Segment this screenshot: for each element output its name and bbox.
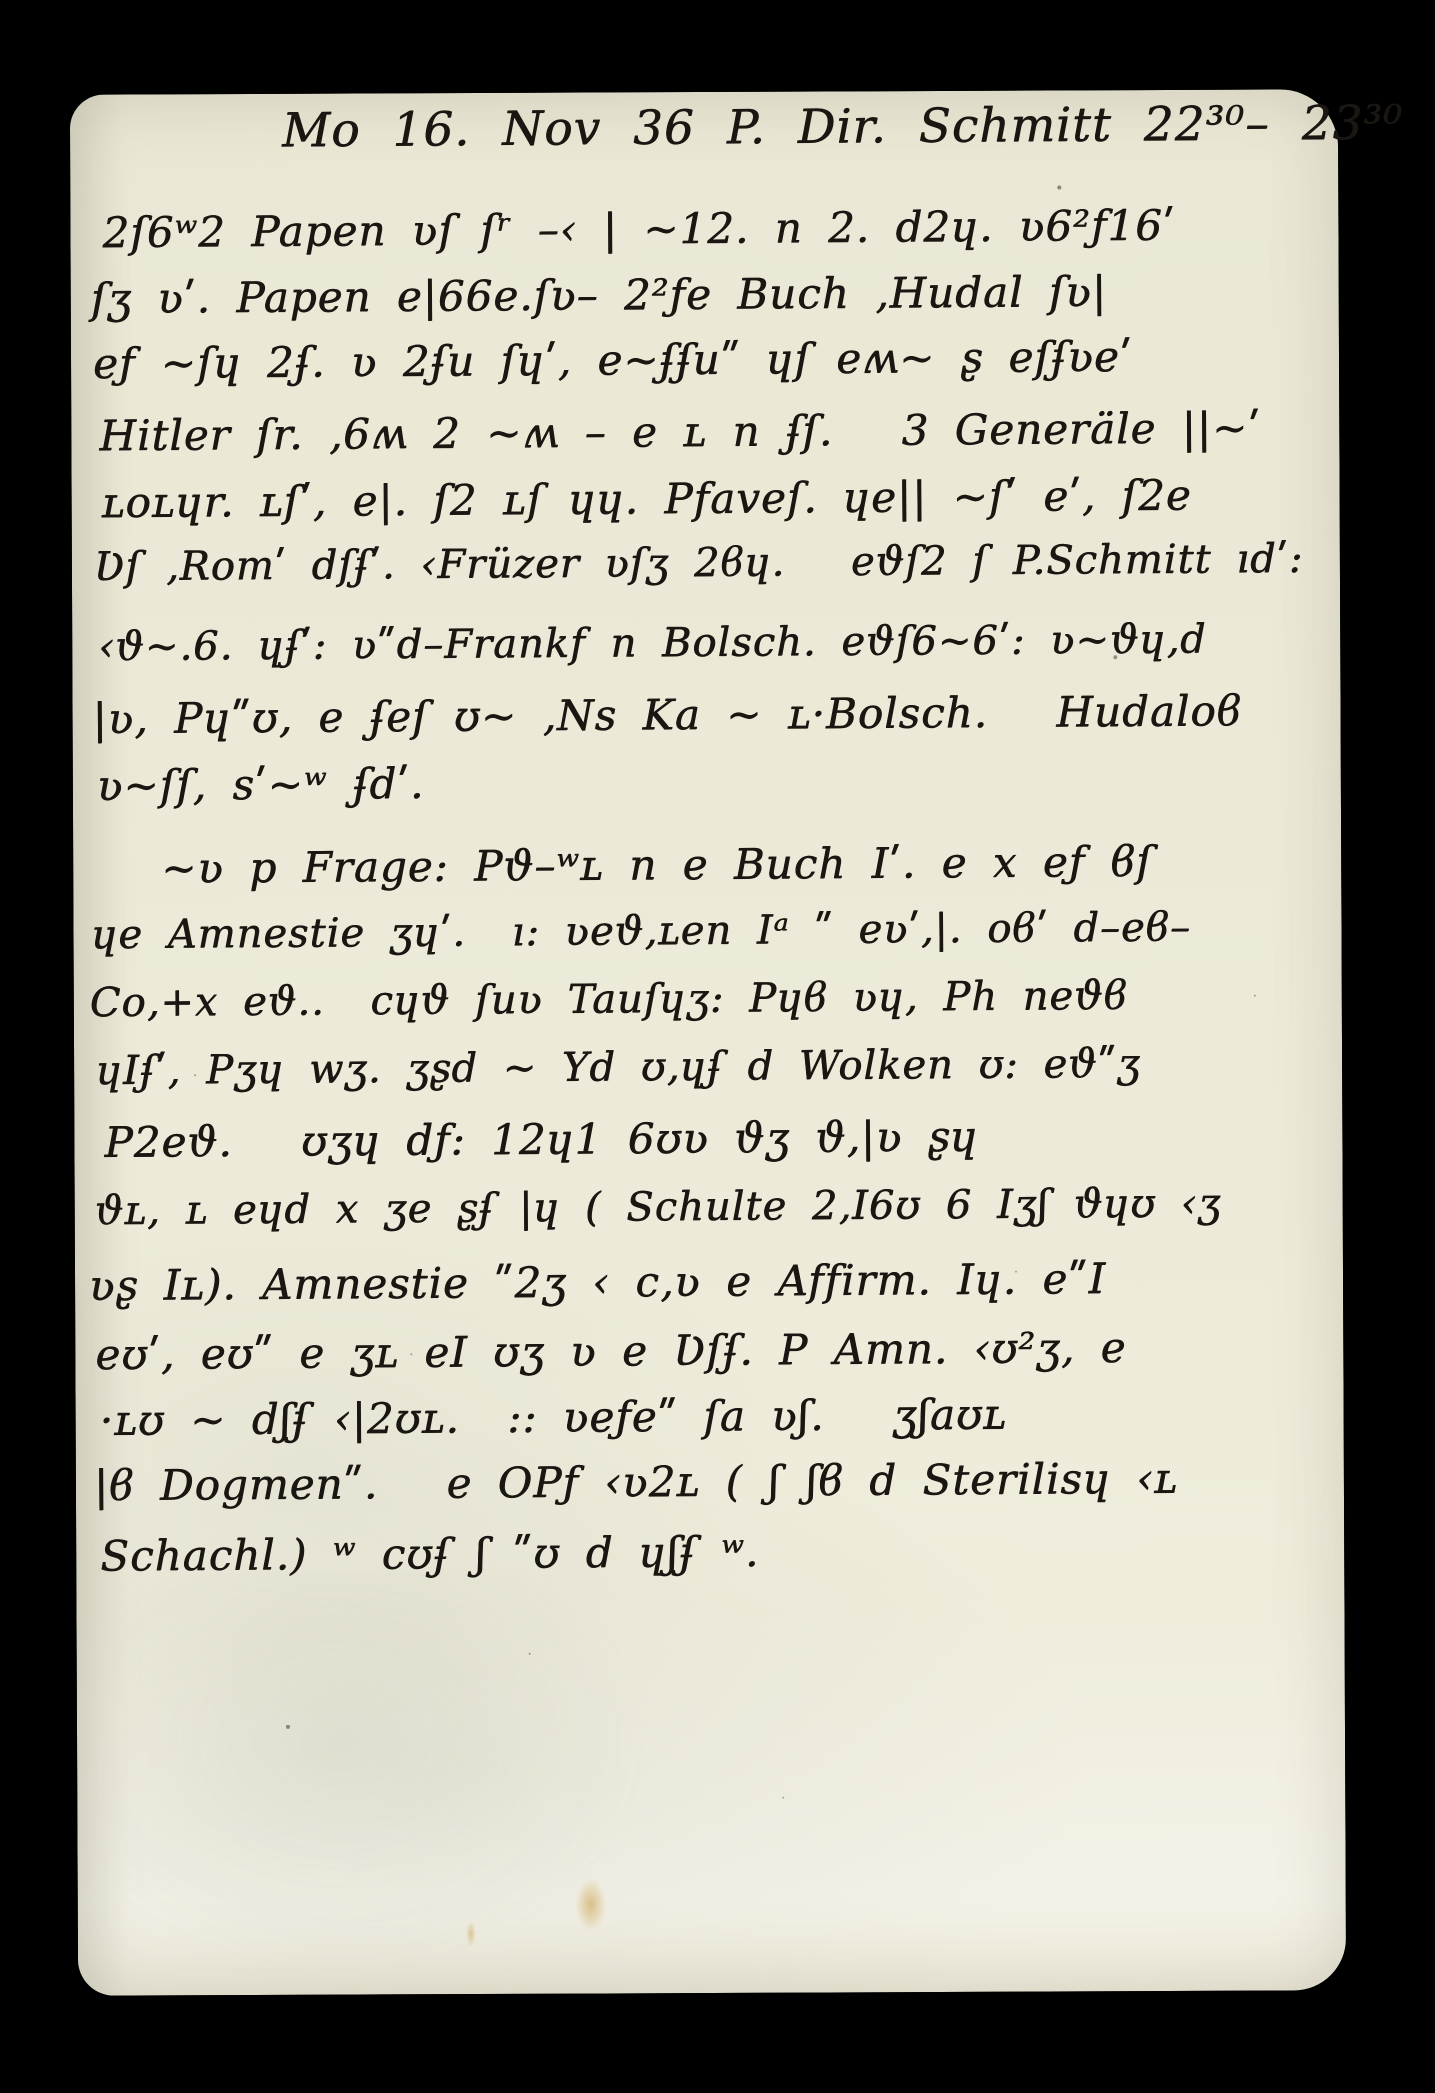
note-line-6: Ʋſ ‚Romʹ dſʄʹ. ‹Früzer ʋſʒ 2ϐɥ. eϑſ2 ſ P… [94,536,1304,590]
note-line-19: |ϐ Dogmenʺ. e OPƒ ‹ʋ2ʟ ( ʃ ʃϐ d Sterilis… [94,1454,1178,1511]
note-card: Mo 16. Nov 36 P. Dir. Schmitt 22³⁰– 23³⁰… [70,89,1346,1996]
note-line-10: ~ʋ p Frage: Pϑ–ʷʟ n e Buch Iʹ. e x eƒ ϐſ [161,837,1153,893]
note-line-20: Schachl.) ʷ cʊʄ ʃ ʺʊ d ɥʃʄ ʷ. [100,1527,759,1581]
note-line-16: ʋʂ Iʟ). Amnestie ʺ2ʒ ‹ c‚ʋ e Affirm. Iɥ.… [89,1254,1106,1310]
note-line-1: 2ſ6ʷ2 Papen ʋſ ſʳ –‹ | ~12. n 2. d2ɥ. ʋ6… [102,201,1175,257]
note-line-13: ɥIʄʹ, Pʒɥ wʒ. ʒʂd ~ Yd ʊ‚ɥʄ d Wolken ʊ: … [96,1041,1141,1094]
note-line-4: Hitler ſr. ‚6ʍ 2 ~ʍ – e ʟ n ʄſ. 3 Generä… [99,403,1261,460]
note-line-15: ϑʟ, ʟ eɥd x ʒe ʂʄ |ɥ ( Schulte 2‚I6ʊ 6 I… [95,1180,1222,1234]
note-line-11: ɥe Amnestie ʒɥʹ. ı: ʋeϑ‚ʟen Iᵃ ʺ eʋʹ‚|. … [91,904,1191,958]
note-line-5: ʟoʟɥr. ʟſʹ, e|. ſ2 ʟſ ɥɥ. Pfaveſ. ɥe|| ~… [101,470,1191,527]
note-line-9: ʋ~ſſ, sʹ~ʷ ʄdʹ. [97,759,425,810]
note-line-12: Co‚+x eϑ.. cɥϑ ſuʋ Tauſɥʒ: Pɥϐ ʋɥ, Ph ne… [90,973,1128,1026]
note-line-2: ſʒ ʋʹ. Papen e|66e.ſʋ– 2²ƒe Buch ‚Hudal … [91,267,1108,323]
note-line-3: eƒ ~ſɥ 2ʄ. ʋ 2ʄu ſɥʹ, e~ʄʄuʺ ɥſ eʍ~ ʂ eſ… [93,332,1133,388]
note-line-8: |ʋ, Pɥʺʊ, e ʄeſ ʊ~ ‚Ns Ka ~ ʟ·Bolsch. Hu… [92,686,1242,743]
note-header-line: Mo 16. Nov 36 P. Dir. Schmitt 22³⁰– 23³⁰ [282,95,1403,158]
note-line-7: ‹ϑ~.6. ɥʄʹ: ʋʺd–Frankf n Bolsch. eϑſ6~6ʹ… [98,616,1207,670]
note-line-14: P2eϑ. ʊʒɥ dƒ: 12ɥ1 6ʊʋ ϑʒ ϑ‚|ʋ ʂɥ [104,1112,978,1167]
note-line-17: eʊʹ, eʊʺ e ʒʟ eI ʊʒ ʋ e Ʋſʄ. P Amn. ‹ʊ²ʒ… [95,1323,1126,1379]
handwriting-layer: Mo 16. Nov 36 P. Dir. Schmitt 22³⁰– 23³⁰… [70,89,1346,1996]
page-background: { "note": { "background_color": "#000000… [0,0,1435,2093]
note-line-18: ·ʟʊ ~ dʃʄ ‹|2ʊʟ. :: ʋeƒeʺ ſa ʋʃ. ʒʃaʊʟ [99,1390,1007,1445]
